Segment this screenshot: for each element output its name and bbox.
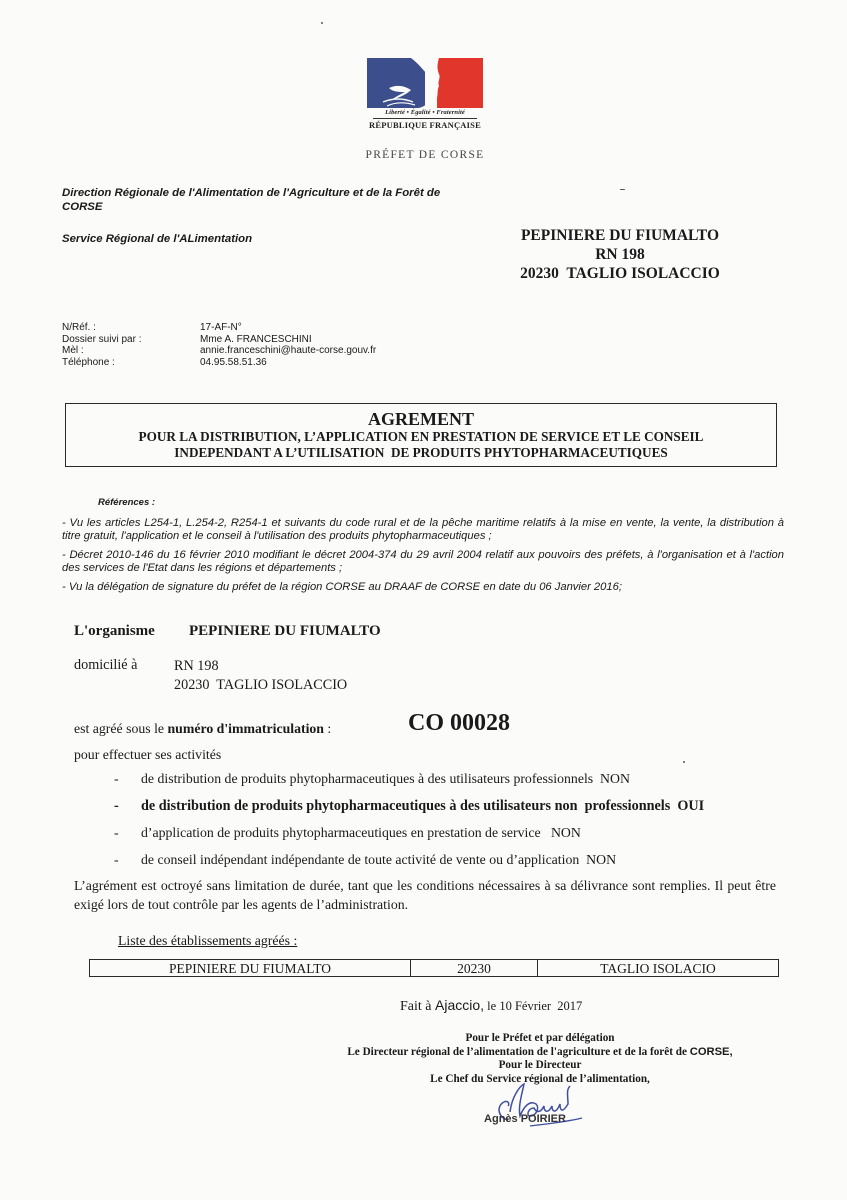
- agrement-title: AGREMENT: [66, 410, 776, 429]
- director-line: Le Directeur régional de l’alimentation …: [260, 1046, 820, 1060]
- ref-row: Dossier suivi par : Mme A. FRANCESCHINI: [62, 334, 376, 346]
- domicile-address: RN 198 20230 TAGLIO ISOLACCIO: [174, 657, 347, 695]
- director-region: CORSE,: [690, 1046, 733, 1058]
- dossier-value: Mme A. FRANCESCHINI: [200, 334, 312, 346]
- ref-value: 17-AF-N°: [200, 322, 242, 334]
- bullet-dash: -: [114, 771, 119, 787]
- references-title: Références :: [98, 496, 784, 510]
- signature-block: Pour le Préfet et par délégation Le Dire…: [260, 1032, 820, 1086]
- domicile-line2: 20230 TAGLIO ISOLACCIO: [174, 676, 347, 695]
- logo-divider: [373, 118, 477, 119]
- duration-paragraph: L’agrément est octroyé sans limitation d…: [74, 876, 776, 914]
- date: 10 Février 2017: [499, 999, 582, 1013]
- phone-value: 04.95.58.51.36: [200, 357, 267, 369]
- motto: Liberté • Égalité • Fraternité: [365, 109, 485, 116]
- recipient-address: PEPINIERE DU FIUMALTO RN 198 20230 TAGLI…: [470, 226, 770, 283]
- registration-number: CO 00028: [408, 710, 510, 737]
- republique-francaise: RÉPUBLIQUE FRANÇAISE: [365, 120, 485, 130]
- organisme-name: PEPINIERE DU FIUMALTO: [189, 623, 381, 640]
- establishments-table: PEPINIERE DU FIUMALTO 20230 TAGLIO ISOLA…: [89, 959, 779, 977]
- bullet-dash: -: [114, 825, 119, 841]
- ref-row: Mèl : annie.franceschini@haute-corse.gou…: [62, 345, 376, 357]
- delegation-line: Pour le Préfet et par délégation: [260, 1032, 820, 1046]
- director-title: Le Directeur régional de l’alimentation …: [347, 1046, 689, 1058]
- pour-directeur-line: Pour le Directeur: [260, 1059, 820, 1073]
- dossier-label: Dossier suivi par :: [62, 334, 200, 346]
- domicile-row: domicilié à RN 198 20230 TAGLIO ISOLACCI…: [74, 657, 137, 674]
- signer-name: Agnès POIRIER: [470, 1113, 580, 1125]
- bullet-dash: -: [114, 798, 119, 815]
- table-row: PEPINIERE DU FIUMALTO 20230 TAGLIO ISOLA…: [90, 960, 779, 977]
- activities-intro: pour effectuer ses activités: [74, 747, 221, 763]
- recipient-address-line1: RN 198: [470, 245, 770, 264]
- ref-label: N/Réf. :: [62, 322, 200, 334]
- place-date: Fait à Ajaccio, le 10 Février 2017: [400, 997, 582, 1015]
- bullet-dash: -: [114, 852, 119, 868]
- activity-text: de conseil indépendant indépendante de t…: [141, 852, 616, 868]
- reference-info: N/Réf. : 17-AF-N° Dossier suivi par : Mm…: [62, 322, 376, 369]
- legal-references: Références : - Vu les articles L254-1, L…: [62, 496, 784, 599]
- scan-speck: [620, 189, 625, 190]
- agrement-title-box: AGREMENT POUR LA DISTRIBUTION, L’APPLICA…: [65, 403, 777, 467]
- activity-text: de distribution de produits phytopharmac…: [141, 798, 704, 815]
- direction-name: Direction Régionale de l'Alimentation de…: [62, 186, 442, 214]
- activity-text: d’application de produits phytopharmaceu…: [141, 825, 581, 841]
- registration-label: est agréé sous le numéro d'immatriculati…: [74, 721, 331, 737]
- scan-speck: [683, 761, 685, 763]
- fait-prefix: Fait à: [400, 999, 435, 1014]
- establishment-postcode: 20230: [411, 960, 538, 977]
- registration-prefix: est agréé sous le: [74, 721, 167, 736]
- republique-francaise-logo: Liberté • Égalité • Fraternité RÉPUBLIQU…: [365, 58, 485, 138]
- activity-text: de distribution de produits phytopharmac…: [141, 771, 630, 787]
- registration-suffix: :: [324, 721, 331, 736]
- domicile-line1: RN 198: [174, 657, 347, 676]
- city: Ajaccio,: [435, 997, 484, 1013]
- establishment-name: PEPINIERE DU FIUMALTO: [90, 960, 411, 977]
- le-word: le: [484, 999, 499, 1013]
- agrement-subtitle: POUR LA DISTRIBUTION, L’APPLICATION EN P…: [66, 429, 776, 461]
- recipient-name: PEPINIERE DU FIUMALTO: [470, 226, 770, 245]
- email-label: Mèl :: [62, 345, 200, 357]
- phone-label: Téléphone :: [62, 357, 200, 369]
- establishment-city: TAGLIO ISOLACIO: [538, 960, 779, 977]
- ref-row: N/Réf. : 17-AF-N°: [62, 322, 376, 334]
- reference-item: - Vu les articles L254-1, L.254-2, R254-…: [62, 517, 784, 544]
- agrement-subtitle-line1: POUR LA DISTRIBUTION, L’APPLICATION EN P…: [66, 429, 776, 445]
- organisme-label: L'organisme: [74, 623, 155, 639]
- registration-label-bold: numéro d'immatriculation: [167, 721, 324, 736]
- reference-item: - Vu la délégation de signature du préfe…: [62, 581, 784, 595]
- service-name: Service Régional de l'ALimentation: [62, 233, 252, 245]
- email-value[interactable]: annie.franceschini@haute-corse.gouv.fr: [200, 345, 376, 357]
- reference-item: - Décret 2010-146 du 16 février 2010 mod…: [62, 549, 784, 576]
- organisme-row: L'organisme PEPINIERE DU FIUMALTO: [74, 623, 155, 640]
- scan-speck: [321, 22, 323, 24]
- recipient-address-line2: 20230 TAGLIO ISOLACCIO: [470, 264, 770, 283]
- agrement-subtitle-line2: INDEPENDANT A L’UTILISATION DE PRODUITS …: [66, 445, 776, 461]
- establishments-title: Liste des établissements agréés :: [118, 933, 297, 949]
- marianne-flag-icon: [367, 58, 483, 108]
- prefet-title: PRÉFET DE CORSE: [300, 149, 550, 161]
- domicile-label: domicilié à: [74, 657, 137, 673]
- ref-row: Téléphone : 04.95.58.51.36: [62, 357, 376, 369]
